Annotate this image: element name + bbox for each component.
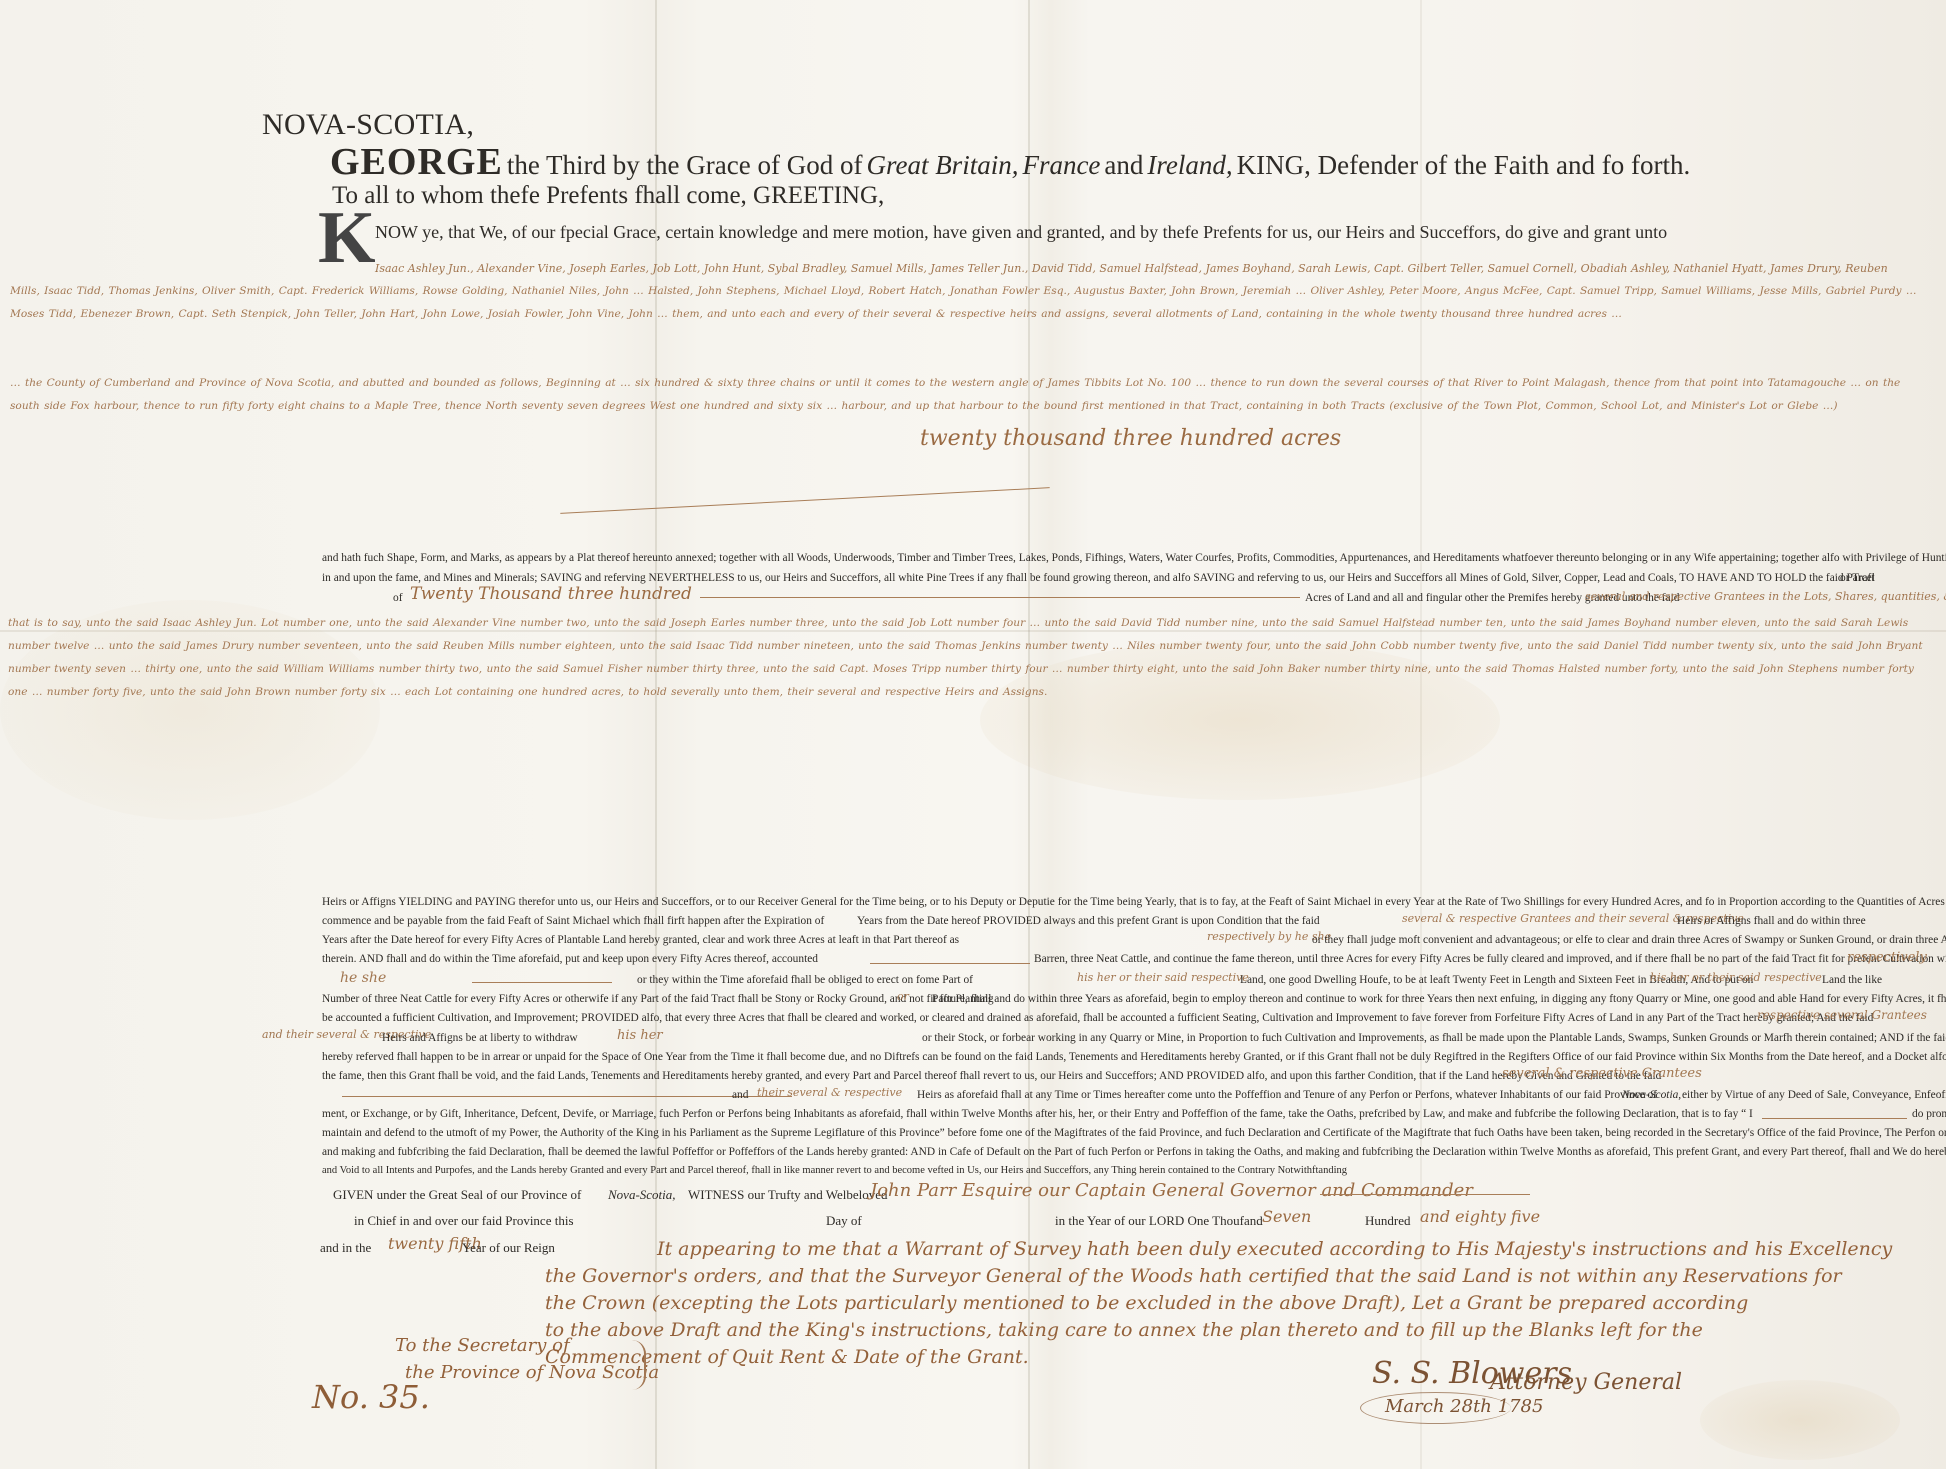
salutation: To all to whom thefe Prefents fhall come… (332, 182, 884, 210)
land-grant-document: NOVA-SCOTIA, GEORGE the Third by the Gra… (0, 0, 1946, 1469)
blank-line (700, 597, 1300, 598)
drop-cap: K (318, 196, 376, 281)
age-stain (1700, 1380, 1900, 1460)
total-acres: twenty thousand three hundred acres (920, 426, 1341, 451)
address-line-1: To the Secretary of (395, 1335, 570, 1356)
acreage-fill-in: Twenty Thousand three hundred (410, 584, 692, 604)
year-hand-eighty-five: and eighty five (1420, 1207, 1540, 1226)
year-hand-seven: Seven (1262, 1207, 1311, 1226)
province-heading: NOVA-SCOTIA, (262, 108, 474, 142)
king-name: GEORGE (330, 141, 503, 183)
grantees-first-line: Isaac Ashley Jun., Alexander Vine, Josep… (375, 262, 1888, 275)
clause-shape-1: and hath fuch Shape, Form, and Marks, as… (322, 552, 1946, 564)
conditions-clauses: Heirs or Affigns YIELDING and PAYING the… (322, 896, 1922, 1146)
lot-allocations: that is to say, unto the said Isaac Ashl… (8, 612, 1933, 890)
flourish-line (560, 487, 1049, 514)
signature-title: Attorney General (1490, 1370, 1682, 1395)
royal-title: GEORGE the Third by the Grace of God of … (330, 140, 1690, 184)
address-line-2: the Province of Nova Scotia (405, 1362, 659, 1383)
grantees-reference: several and respective Grantees in the L… (1585, 590, 1946, 603)
clause-void: and Void to all Intents and Purpofes, an… (322, 1165, 1347, 1176)
bracket-mark (632, 1340, 646, 1390)
clause-oath: maintain and defend to the utmoft of my … (322, 1127, 1946, 1139)
preamble-text: NOW ye, that We, of our fpecial Grace, c… (375, 222, 1667, 243)
governor-name: John Parr Esquire our Captain General Go… (870, 1180, 1473, 1201)
clause-shape-2: in and upon the fame, and Mines and Mine… (322, 572, 1875, 584)
or-tract: or Traft (1840, 572, 1875, 584)
clause-default: and making and fubfcribing the faid Decl… (322, 1146, 1946, 1158)
of-prefix: of (393, 592, 403, 604)
document-number: No. 35. (312, 1378, 430, 1416)
date-flourish (1360, 1392, 1511, 1424)
